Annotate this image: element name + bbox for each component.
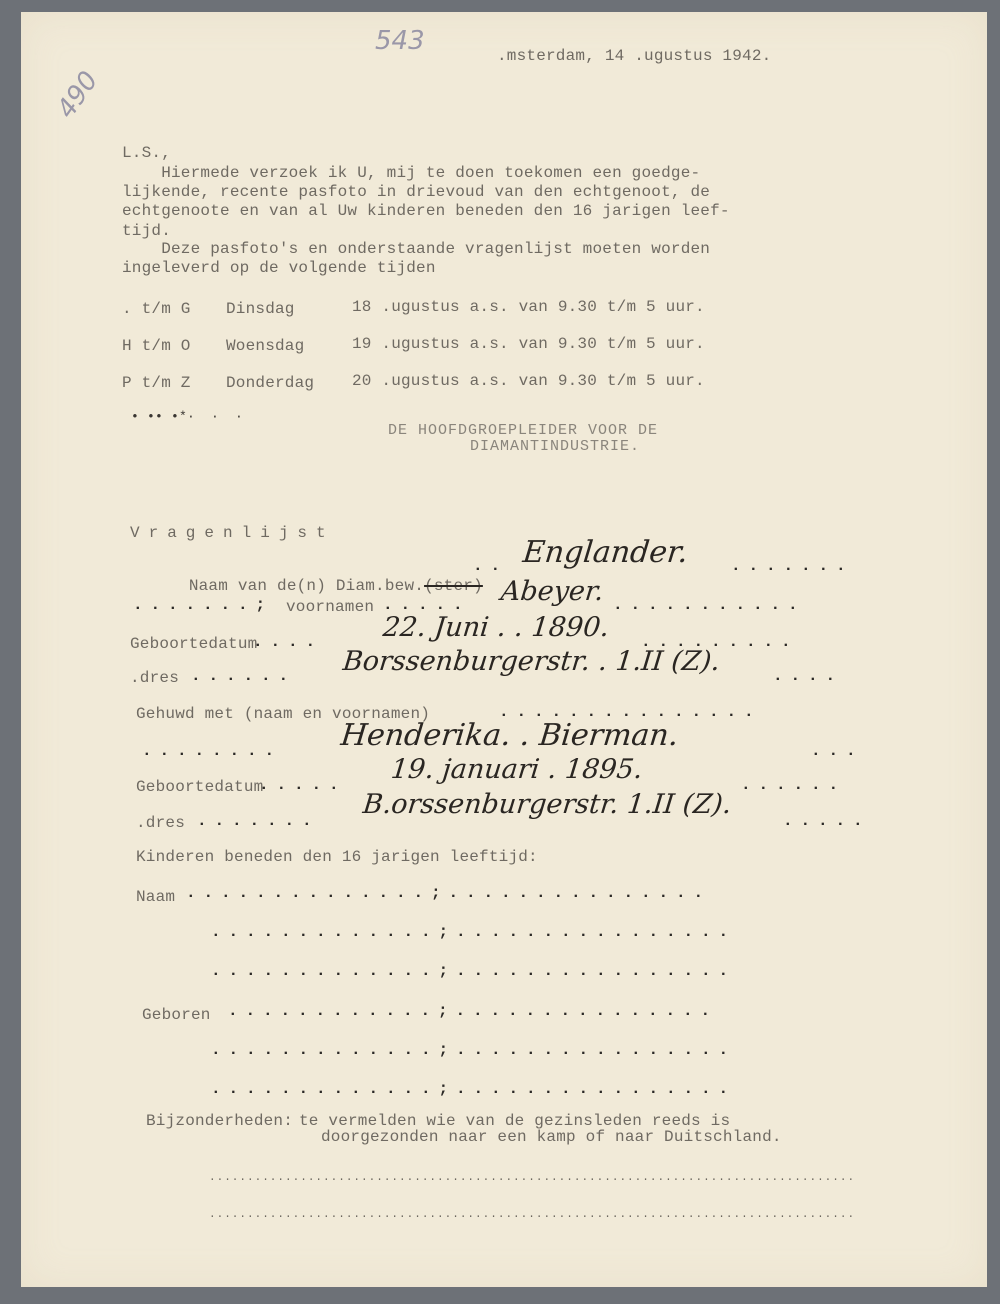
dot-leader: ..: [473, 557, 508, 575]
struck-suffix: (ster): [424, 577, 483, 595]
child-row-dots: .............;................: [211, 923, 736, 941]
children-born-label: Geboren: [142, 1006, 211, 1024]
paragraph-line: echtgenoote en van al Uw kinderen benede…: [122, 202, 730, 220]
surname-value: Englander.: [521, 535, 689, 570]
child-row-dots: ..............;...............: [186, 884, 711, 902]
dot-leader: ....: [773, 667, 843, 685]
pencil-number-top: 543: [375, 26, 425, 56]
schedule-date: 20 .ugustus a.s. van 9.30 t/m 5 uur.: [352, 372, 705, 390]
paragraph-line: lijkende, recente pasfoto in drievoud va…: [122, 183, 710, 201]
remarks-text-line-2: doorgezonden naar een kamp of naar Duits…: [321, 1128, 782, 1146]
signature-line-2: DIAMANTINDUSTRIE.: [470, 438, 640, 455]
child-row-dots: .............;................: [211, 962, 736, 980]
schedule-date: 18 .ugustus a.s. van 9.30 t/m 5 uur.: [352, 298, 705, 316]
spouse-address-label: .dres: [136, 814, 185, 832]
schedule-letters: P t/m Z: [122, 374, 191, 392]
paragraph-line: Hiermede verzoek ik U, mij te doen toeko…: [122, 164, 700, 182]
pencil-number-left: 490: [51, 66, 104, 124]
ink-smudge: • •• •*· · ·: [131, 409, 243, 424]
schedule-date: 19 .ugustus a.s. van 9.30 t/m 5 uur.: [352, 335, 705, 353]
spouse-birthdate-label: Geboortedatum: [136, 778, 263, 796]
schedule-day: Donderdag: [226, 374, 314, 392]
paragraph-line: ingeleverd op de volgende tijden: [122, 259, 436, 277]
dot-leader: ...: [811, 742, 864, 760]
child-row-dots: ............;...............: [228, 1002, 718, 1020]
dot-leader: ......: [191, 667, 296, 685]
remarks-label: Bijzonderheden:: [146, 1112, 293, 1130]
children-name-label: Naam: [136, 888, 175, 906]
signature-line-1: DE HOOFDGROEPLEIDER VOOR DE: [388, 422, 658, 439]
remarks-line: ........................................…: [209, 1209, 855, 1221]
dot-leader: .......: [197, 812, 320, 830]
dot-leader: ......: [741, 776, 846, 794]
birthdate-label: Geboortedatum: [130, 635, 257, 653]
firstnames-value: Abeyer.: [499, 576, 605, 607]
dot-leader: ...........: [613, 596, 806, 614]
schedule-day: Dinsdag: [226, 300, 295, 318]
dot-leader: ........: [142, 742, 282, 760]
schedule-letters: . t/m G: [122, 300, 191, 318]
spouse-value: Henderika. . Bierman.: [339, 718, 680, 753]
child-row-dots: .............;................: [211, 1041, 736, 1059]
paragraph-line: tijd.: [122, 222, 171, 240]
remarks-line: ........................................…: [209, 1172, 855, 1184]
place-date: .msterdam, 14 .ugustus 1942.: [497, 47, 771, 65]
salutation: L.S.,: [122, 144, 171, 162]
dot-leader: .....: [783, 812, 871, 830]
spouse-address-value: B.orssenburgerstr. 1.II (Z).: [361, 789, 733, 820]
birthdate-value: 22. Juni . . 1890.: [381, 612, 610, 643]
address-label: .dres: [130, 669, 179, 687]
child-row-dots: .............;................: [211, 1080, 736, 1098]
schedule-letters: H t/m O: [122, 337, 191, 355]
paragraph-line: Deze pasfoto's en onderstaande vragenlij…: [122, 240, 710, 258]
schedule-day: Woensdag: [226, 337, 304, 355]
questionnaire-title: Vragenlijst: [130, 524, 335, 542]
children-heading: Kinderen beneden den 16 jarigen leeftijd…: [136, 848, 538, 866]
dot-leader: .....: [259, 776, 347, 794]
surname-label-text: Naam van de(n) Diam.bew.: [189, 577, 424, 595]
dot-leader: ....: [253, 633, 323, 651]
document-page: 490 543 .msterdam, 14 .ugustus 1942. L.S…: [21, 12, 987, 1287]
firstnames-label: voornamen: [286, 598, 374, 616]
address-value: Borssenburgerstr. . 1.II (Z).: [341, 646, 721, 677]
spouse-birthdate-value: 19. januari . 1895.: [389, 754, 644, 785]
dot-leader: .......: [731, 557, 854, 575]
dot-leader: .......;: [133, 596, 273, 614]
